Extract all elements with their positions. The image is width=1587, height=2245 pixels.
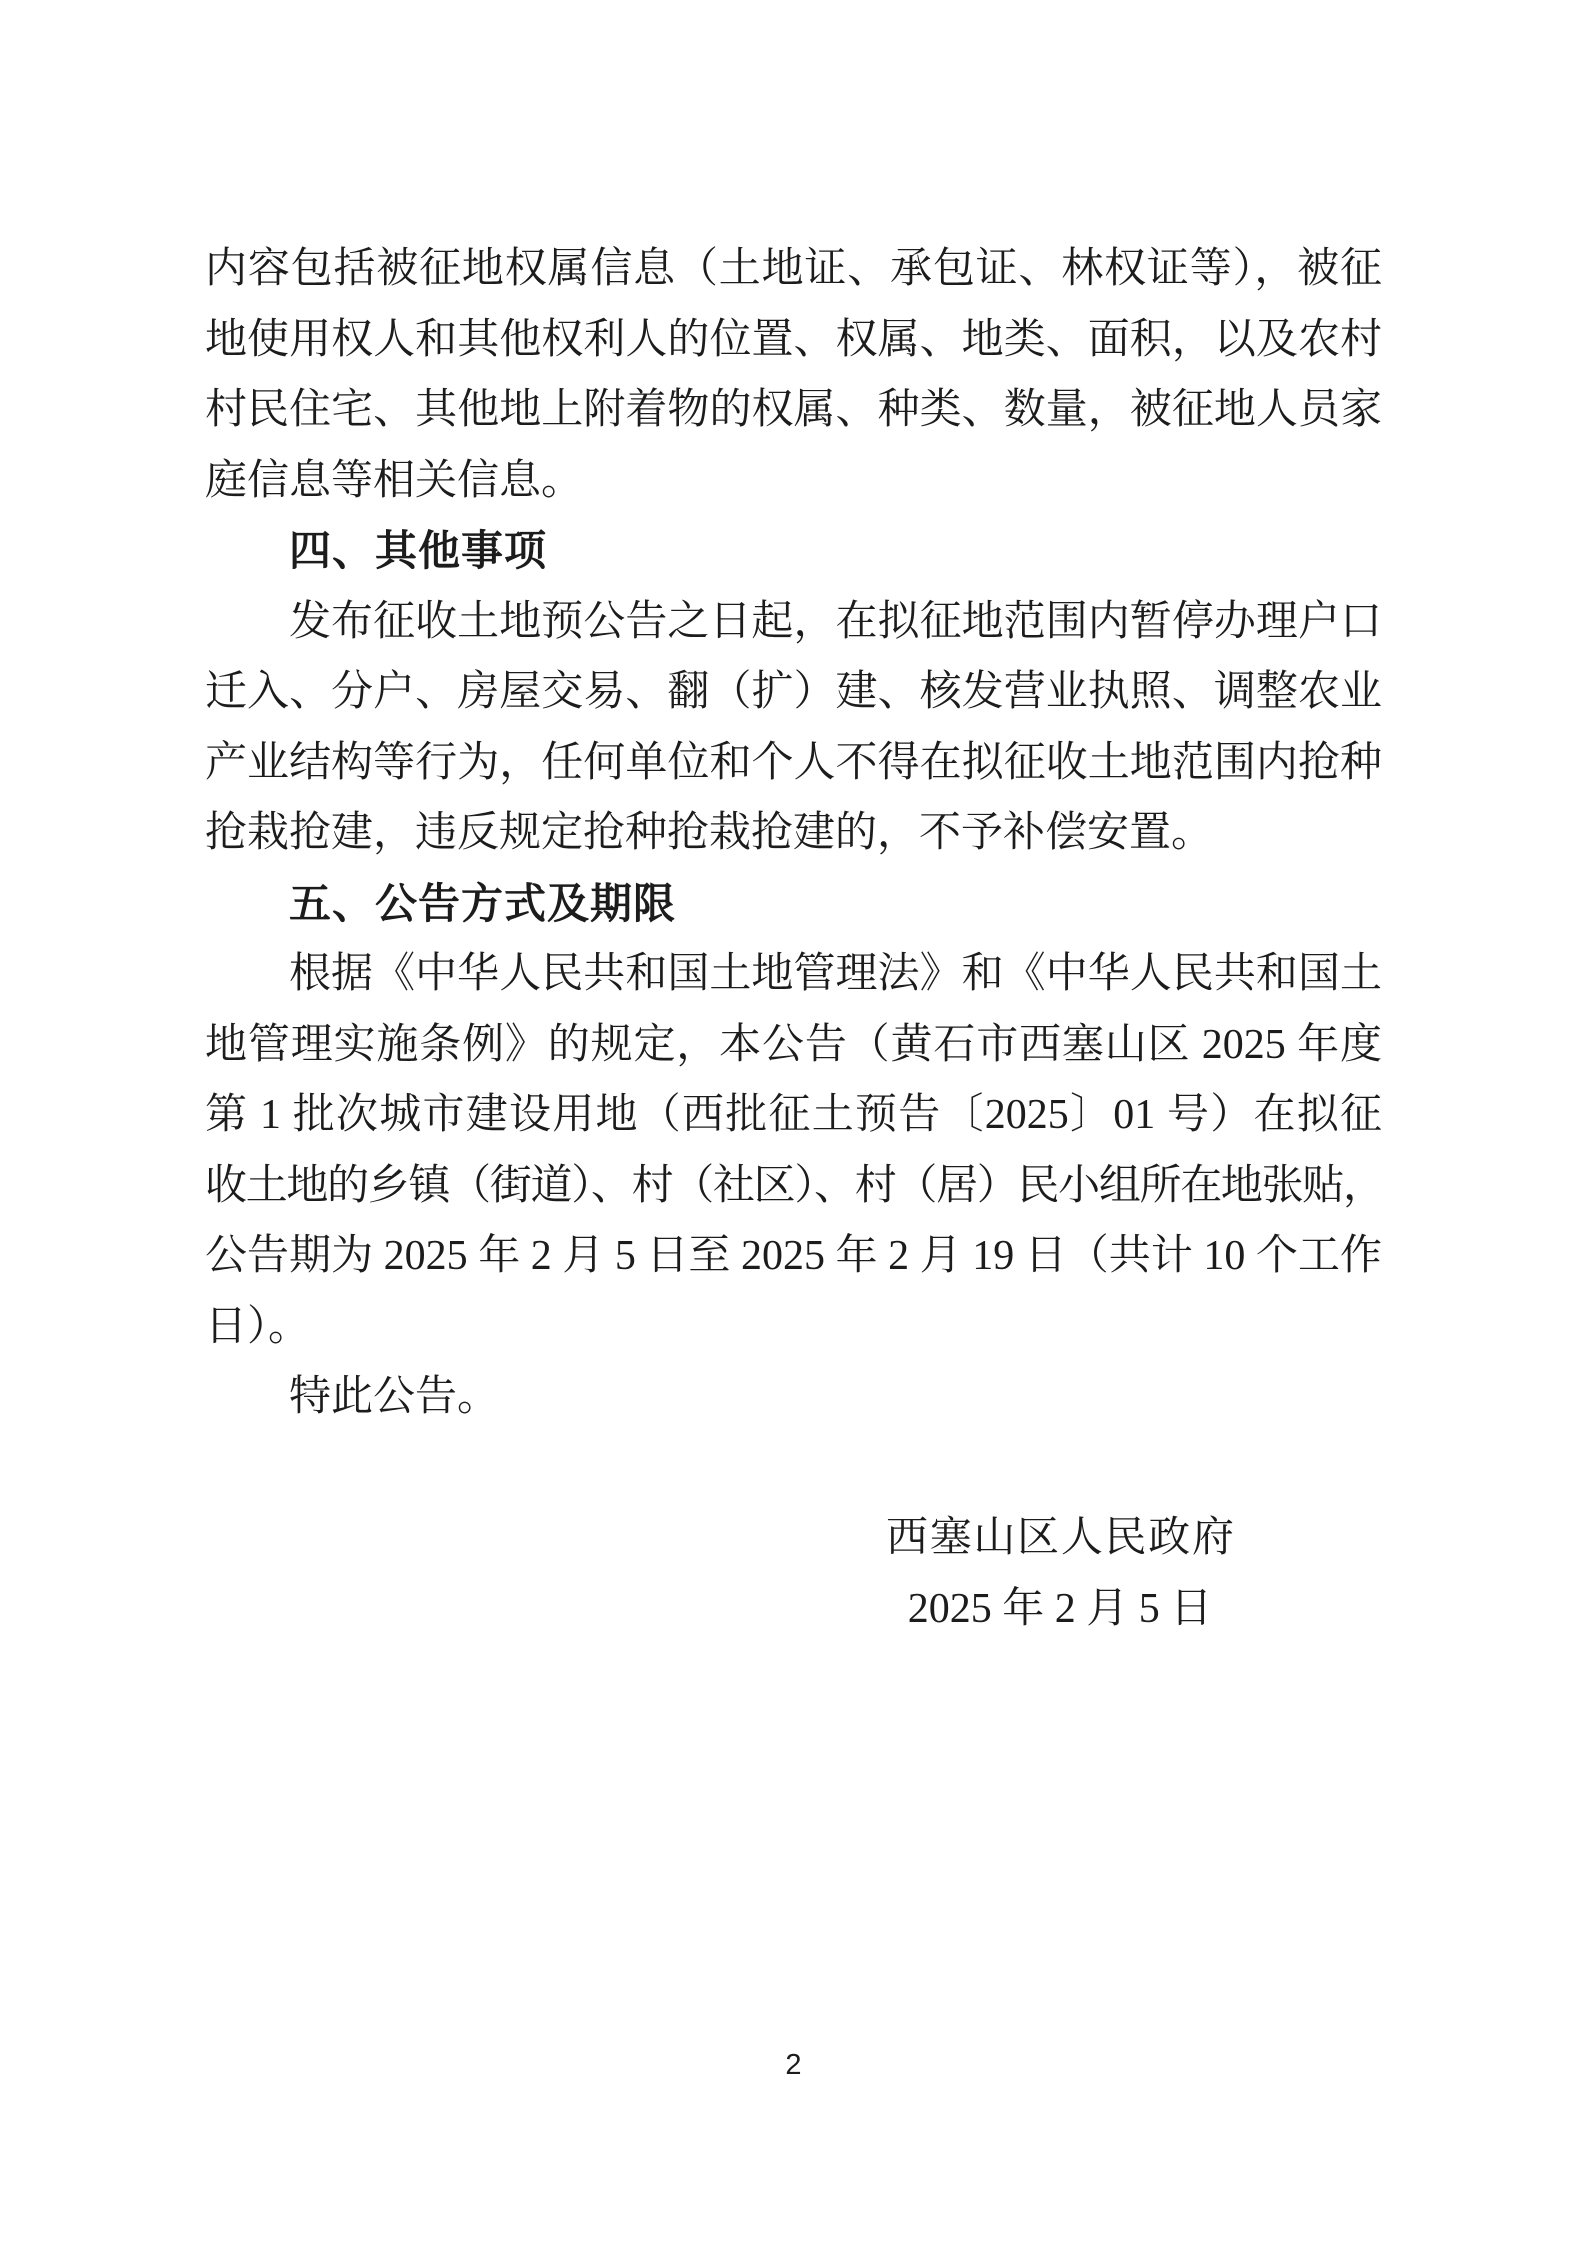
body-text-line: 地管理实施条例》的规定，本公告（黄石市西塞山区 2025 年度 (205, 1010, 1382, 1081)
body-text-line: 村民住宅、其他地上附着物的权属、种类、数量，被征地人员家 (205, 375, 1382, 446)
signature-block: 西塞山区人民政府 2025 年 2 月 5 日 (886, 1503, 1234, 1644)
body-text-line: 抢栽抢建，违反规定抢种抢栽抢建的，不予补偿安置。 (205, 798, 1382, 869)
closing-line: 特此公告。 (205, 1362, 1382, 1433)
signature-issuer: 西塞山区人民政府 (886, 1503, 1234, 1574)
body-text-line: 产业结构等行为，任何单位和个人不得在拟征收土地范围内抢种 (205, 728, 1382, 799)
body-text-line: 根据《中华人民共和国土地管理法》和《中华人民共和国土 (205, 939, 1382, 1010)
body-text-line: 发布征收土地预公告之日起，在拟征地范围内暂停办理户口 (205, 587, 1382, 658)
section-heading-other-matters: 四、其他事项 (205, 516, 1382, 587)
body-text-line: 迁入、分户、房屋交易、翻（扩）建、核发营业执照、调整农业 (205, 657, 1382, 728)
text-block: 内容包括被征地权属信息（土地证、承包证、林权证等），被征 地使用权人和其他权利人… (205, 234, 1382, 1433)
page-footer: 2 (0, 2048, 1587, 2082)
signature-date: 2025 年 2 月 5 日 (886, 1574, 1234, 1645)
document-page: 内容包括被征地权属信息（土地证、承包证、林权证等），被征 地使用权人和其他权利人… (0, 0, 1587, 2245)
body-text-line: 地使用权人和其他权利人的位置、权属、地类、面积，以及农村 (205, 305, 1382, 376)
body-text-line: 内容包括被征地权属信息（土地证、承包证、林权证等），被征 (205, 234, 1382, 305)
body-text-line: 日）。 (205, 1292, 1382, 1363)
body-text-line: 收土地的乡镇（街道）、村（社区）、村（居）民小组所在地张贴， (205, 1151, 1382, 1222)
section-heading-announcement-period: 五、公告方式及期限 (205, 869, 1382, 940)
body-text-line: 第 1 批次城市建设用地（西批征土预告〔2025〕01 号）在拟征 (205, 1080, 1382, 1151)
page-number: 2 (785, 2049, 801, 2081)
body-text-line: 公告期为 2025 年 2 月 5 日至 2025 年 2 月 19 日（共计 … (205, 1221, 1382, 1292)
body-text-line: 庭信息等相关信息。 (205, 446, 1382, 517)
